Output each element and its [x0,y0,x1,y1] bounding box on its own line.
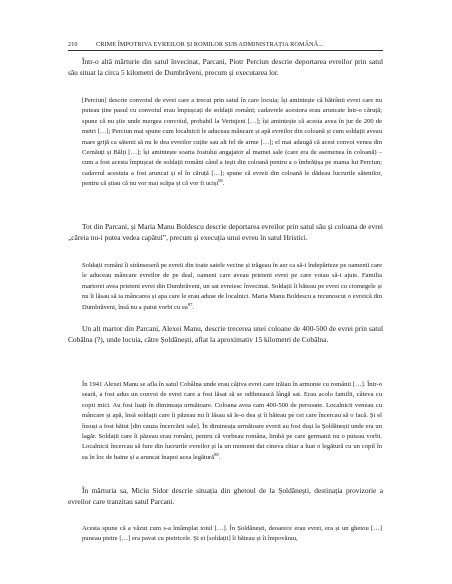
paragraph-intro-perciun: Într-o altă mărturie din satul învecinat… [68,56,383,79]
quote-sidor: Acesta spune că a văzut cum s-a întâmpla… [82,524,382,545]
footnote-ref[interactable]: 86 [218,178,223,183]
footnote-ref[interactable]: 88 [214,452,219,457]
paragraph-boldescu: Tot din Parcani, și Maria Manu Boldescu … [68,221,383,244]
running-title: CRIME ÎMPOTRIVA EVREILOR ȘI ROMILOR SUB … [96,41,323,48]
paragraph-alexei-manu: Un alt martor din Parcani, Alexei Manu, … [68,323,383,346]
page-number: 210 [68,41,78,48]
running-header: 210 CRIME ÎMPOTRIVA EVREILOR ȘI ROMILOR … [68,40,383,51]
paragraph-sidor: În mărturia sa, Miciu Sidor descrie situ… [68,485,383,508]
quote-boldescu: Soldații români îi strânseseră pe evreii… [82,261,382,313]
quote-alexei-manu: În 1941 Alexei Manu se afla în satul Cob… [82,380,382,463]
footnote-ref[interactable]: 87 [188,301,193,306]
document-page: 210 CRIME ÎMPOTRIVA EVREILOR ȘI ROMILOR … [0,0,452,584]
quote-perciun: [Perciun] descrie convoiul de evrei care… [82,96,382,190]
